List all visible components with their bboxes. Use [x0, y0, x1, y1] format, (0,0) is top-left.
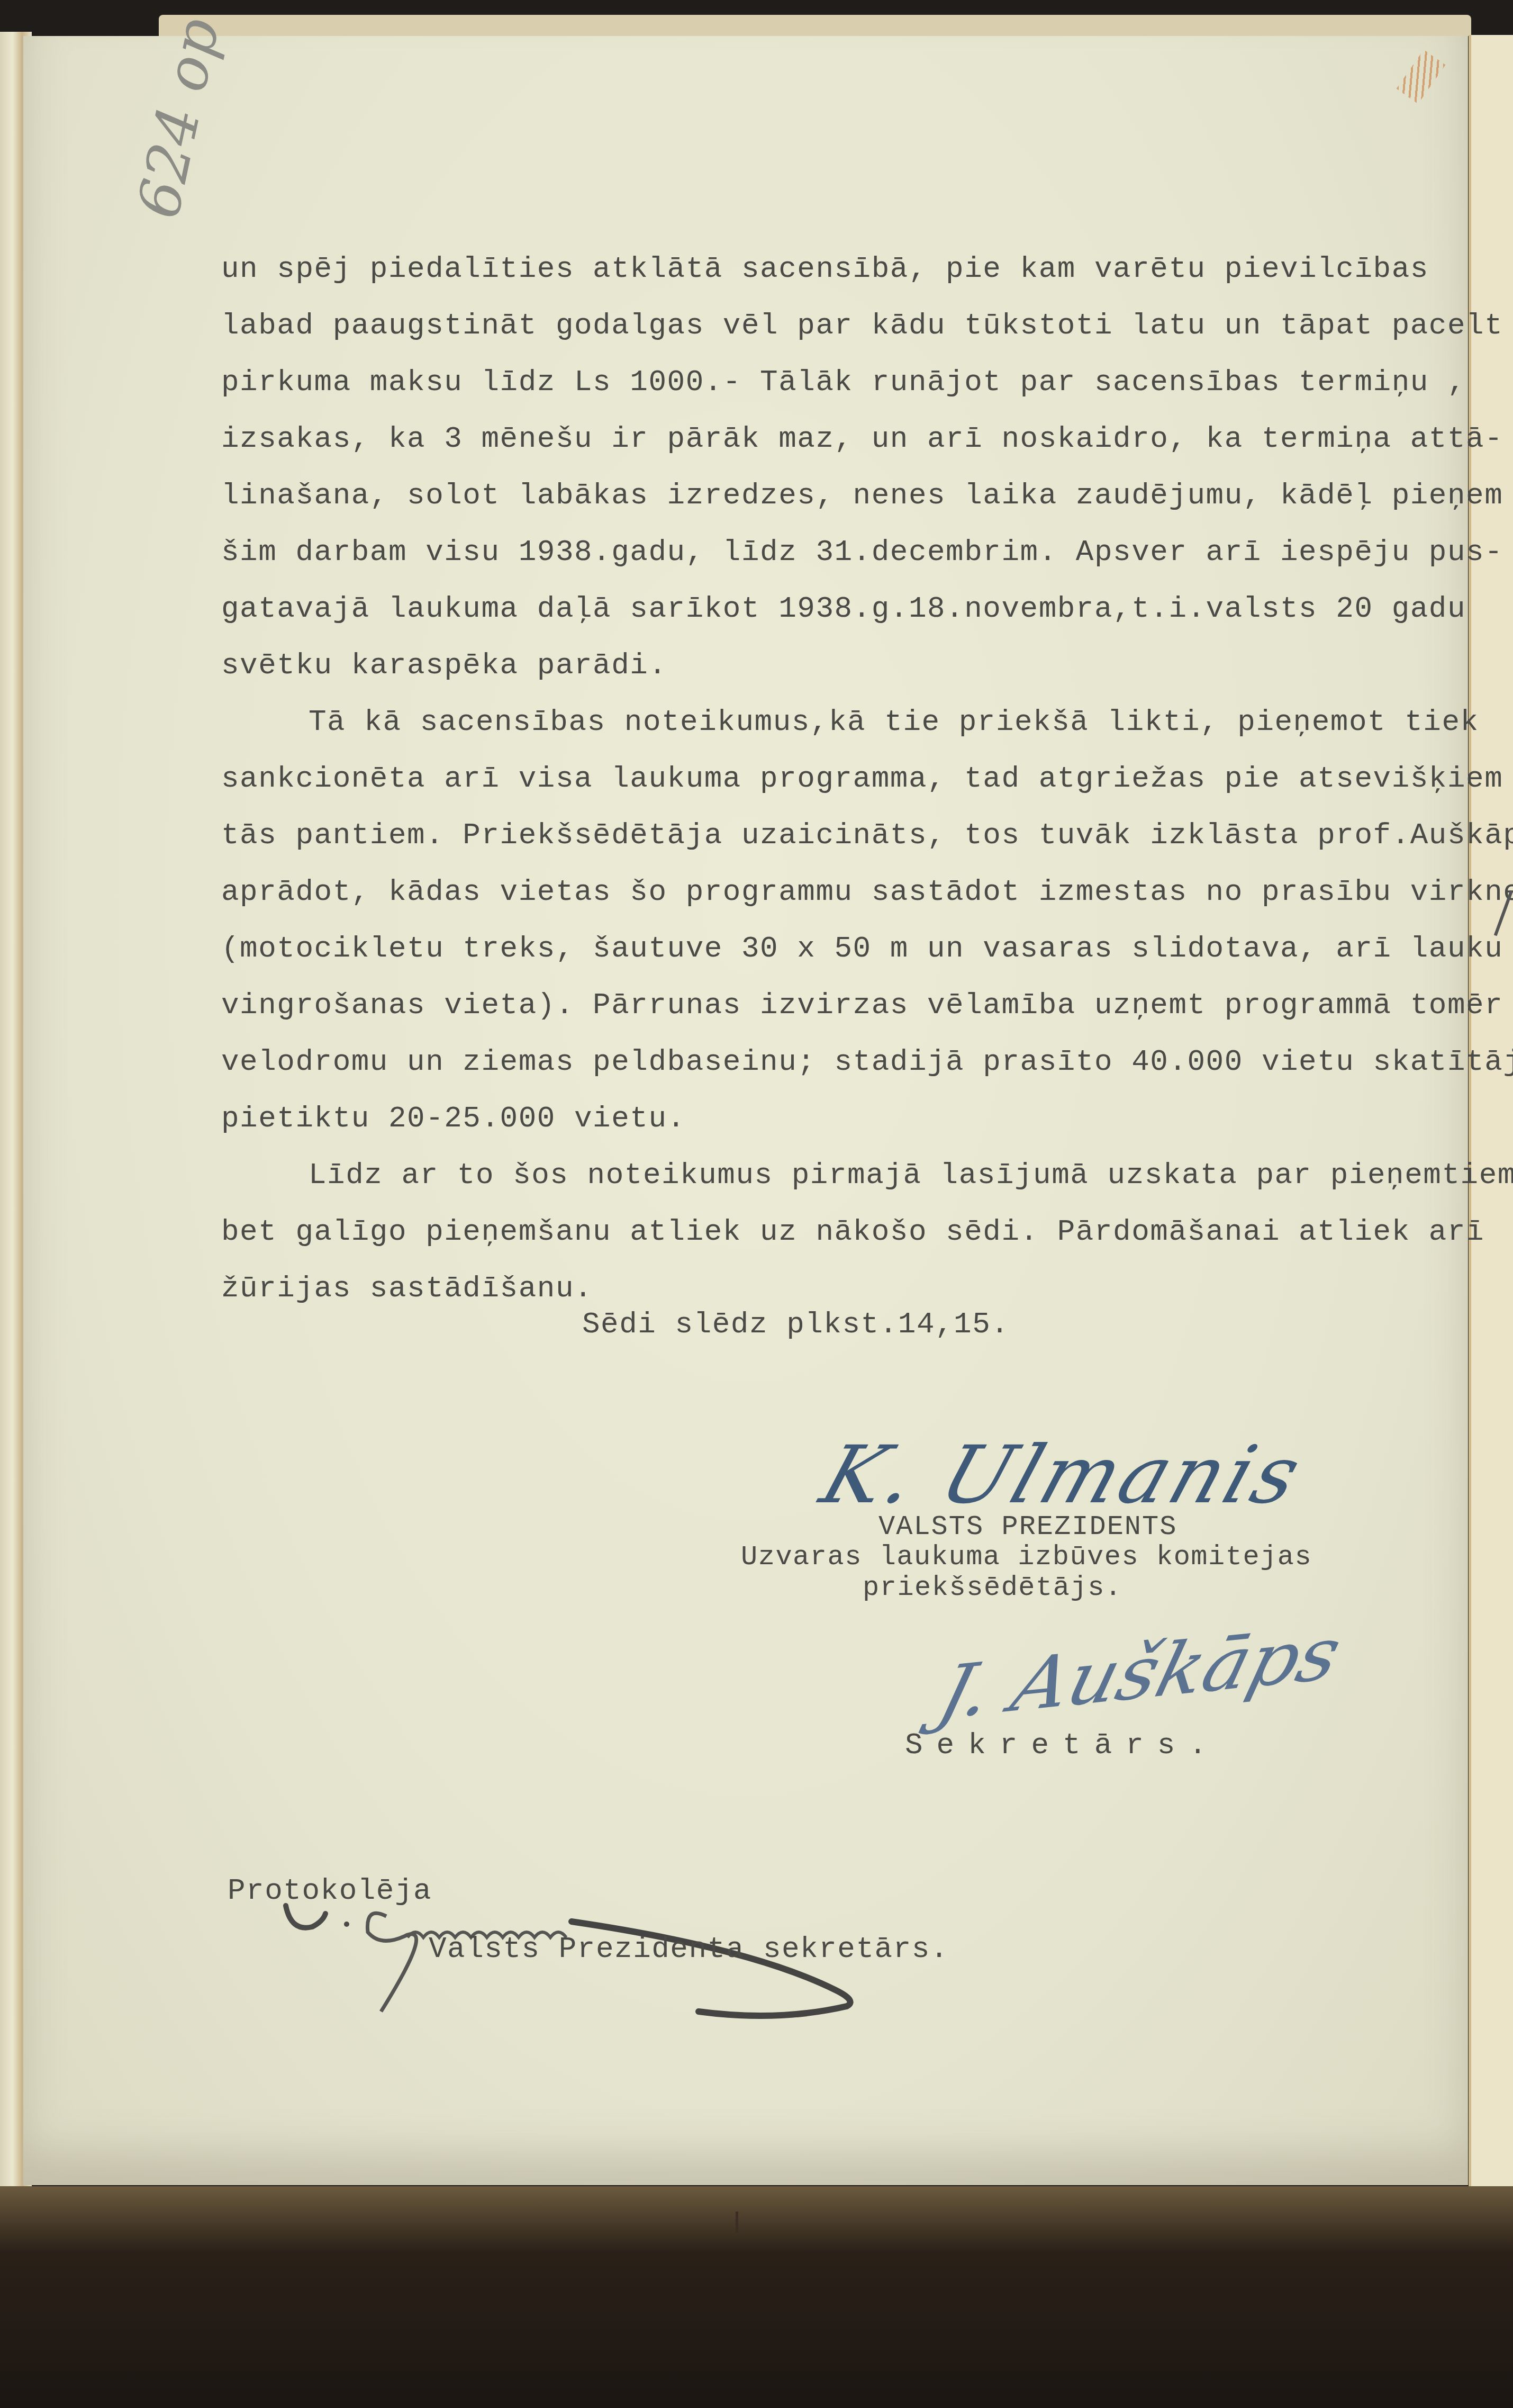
pencil-annotation: 624 op: [143, 122, 270, 228]
body-text-line: gatavajā laukuma daļā sarīkot 1938.g.18.…: [221, 581, 1470, 637]
body-text-line: un spēj piedalīties atklātā sacensībā, p…: [221, 241, 1470, 297]
body-text-line: šim darbam visu 1938.gadu, līdz 31.decem…: [221, 524, 1470, 581]
body-text-line: velodromu un ziemas peldbaseinu; stadijā…: [221, 1034, 1470, 1090]
body-text-line: Līdz ar to šos noteikumus pirmajā lasīju…: [221, 1147, 1470, 1204]
protocol-role: Valsts Prezidenta sekretārs.: [429, 1932, 949, 1966]
body-text-line: vingrošanas vieta). Pārrunas izvirzas vē…: [221, 977, 1470, 1034]
body-text-line: labad paaugstināt godalgas vēl par kādu …: [221, 297, 1470, 354]
committee-name: Uzvaras laukuma izbūves komitejas: [741, 1541, 1312, 1573]
body-text-line: pirkuma maksu līdz Ls 1000.- Tālāk runāj…: [221, 354, 1470, 411]
body-text-line: aprādot, kādas vietas šo programmu sastā…: [221, 864, 1470, 921]
president-signature: K. Ulmanis: [811, 1429, 1315, 1521]
body-text-line: bet galīgo pieņemšanu atliek uz nākošo s…: [221, 1204, 1470, 1260]
protocol-label: Protokolēja: [228, 1874, 432, 1908]
ink-tick-mark: [736, 2212, 738, 2233]
chairman-title: priekšsēdētājs.: [863, 1572, 1122, 1603]
body-text-line: Tā kā sacensības noteikumus,kā tie priek…: [221, 694, 1470, 751]
page-stack-top-edge: [159, 15, 1471, 36]
scanner-backdrop-bottom: [0, 2186, 1513, 2408]
meeting-closing-line: Sēdi slēdz plkst.14,15.: [582, 1307, 1009, 1341]
document-body: un spēj piedalīties atklātā sacensībā, p…: [221, 241, 1470, 1317]
president-title: VALSTS PREZIDENTS: [878, 1511, 1177, 1543]
body-text-line: sankcionēta arī visa laukuma programma, …: [221, 751, 1470, 807]
body-text-line: pietiktu 20-25.000 vietu.: [221, 1090, 1470, 1147]
body-text-line: (motocikletu treks, šautuve 30 x 50 m un…: [221, 921, 1470, 977]
adjacent-page-strip: [1469, 35, 1513, 2189]
body-text-line: tās pantiem. Priekšsēdētāja uzaicināts, …: [221, 807, 1470, 864]
body-text-line: svētku karaspēka parādi.: [221, 637, 1470, 694]
body-text-line: izsakas, ka 3 mēnešu ir pārāk maz, un ar…: [221, 411, 1470, 467]
secretary-label: Sekretārs.: [905, 1728, 1220, 1762]
body-text-line: linašana, solot labākas izredzes, nenes …: [221, 467, 1470, 524]
